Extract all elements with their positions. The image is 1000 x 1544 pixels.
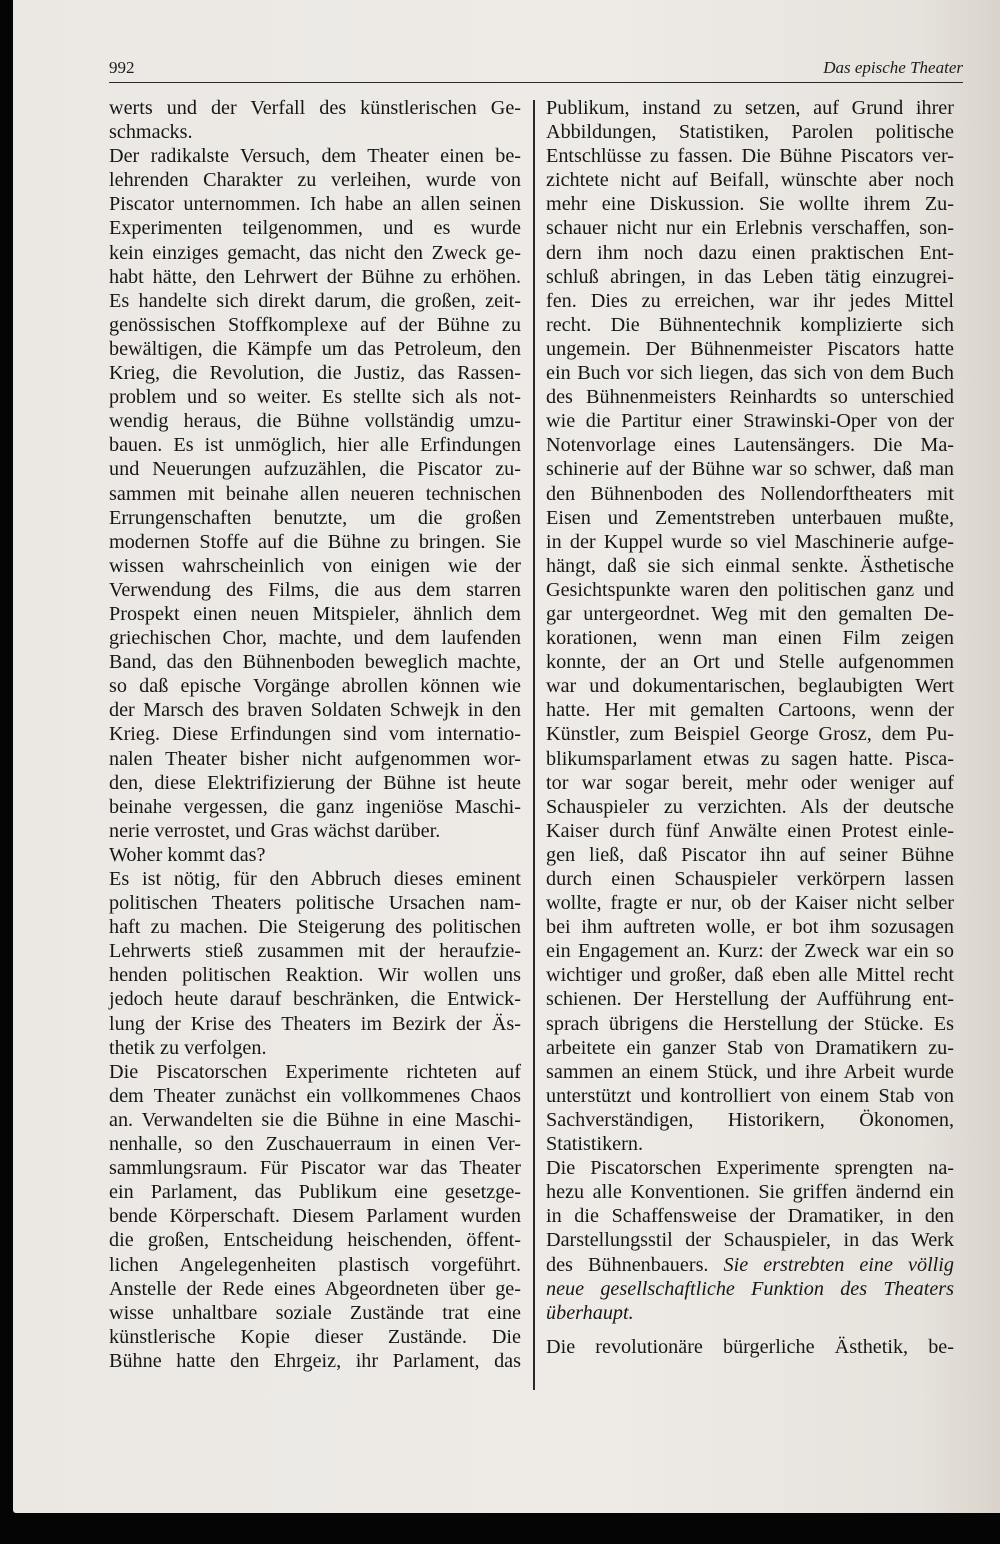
text-line: an. Verwandelten sie die Bühne in eine M… bbox=[109, 1108, 521, 1132]
page-header: 992 Das epische Theater bbox=[109, 58, 963, 83]
text-line: schmacks. bbox=[109, 120, 521, 144]
text-line: gar untergeordnet. Weg mit den gemalten … bbox=[546, 602, 954, 626]
text-line: tor war sogar bereit, mehr oder weniger … bbox=[546, 771, 954, 795]
text-line: hatte. Her mit gemalten Cartoons, wenn d… bbox=[546, 698, 954, 722]
text-line: ein Buch vor sich liegen, das sich von d… bbox=[546, 361, 954, 385]
text-line: ein Engagement an. Kurz: der Zweck war e… bbox=[546, 939, 954, 963]
column-divider bbox=[533, 100, 535, 1390]
text-line: so daß epische Vorgänge abrollen können … bbox=[109, 674, 521, 698]
text-line: blikumsparlament etwas zu sagen hatte. P… bbox=[546, 747, 954, 771]
text-line: thetik zu verfolgen. bbox=[109, 1036, 521, 1060]
book-page: 992 Das epische Theater werts und der Ve… bbox=[13, 0, 1000, 1513]
text-line: bauen. Es ist unmöglich, hier alle Erfin… bbox=[109, 433, 521, 457]
left-column: werts und der Verfall des künstlerischen… bbox=[109, 96, 521, 1373]
text-line: arbeitete ein ganzer Stab von Dramatiker… bbox=[546, 1036, 954, 1060]
text-line: Kaiser durch fünf Anwälte einen Protest … bbox=[546, 819, 954, 843]
text-line: Woher kommt das? bbox=[109, 843, 521, 867]
text-line: kein einziges gemacht, das nicht den Zwe… bbox=[109, 241, 521, 265]
text-line: Lehrwerts stieß zusammen mit der heraufz… bbox=[109, 939, 521, 963]
running-head: Das epische Theater bbox=[823, 58, 963, 78]
text-line: jedoch heute darauf beschränken, die Ent… bbox=[109, 987, 521, 1011]
paragraph-gap bbox=[546, 1325, 954, 1335]
text-line: korationen, wenn man einen Film zeigen bbox=[546, 626, 954, 650]
text-line: Eisen und Zementstreben unterbauen mußte… bbox=[546, 506, 954, 530]
text-line: überhaupt. bbox=[546, 1301, 954, 1325]
text-line: Künstler, zum Beispiel George Grosz, dem… bbox=[546, 722, 954, 746]
text-line: lung der Krise des Theaters im Bezirk de… bbox=[109, 1012, 521, 1036]
text-line: Notenvorlage eines Lautensängers. Die Ma… bbox=[546, 433, 954, 457]
text-line: Krieg. Diese Erfindungen sind vom intern… bbox=[109, 722, 521, 746]
text-line: sprach übrigens die Herstellung der Stüc… bbox=[546, 1012, 954, 1036]
text-line: bende Körperschaft. Diesem Parlament wur… bbox=[109, 1204, 521, 1228]
text-line: ungemein. Der Bühnenmeister Piscators ha… bbox=[546, 337, 954, 361]
text-line: Bühne hatte den Ehrgeiz, ihr Parlament, … bbox=[109, 1349, 521, 1373]
text-line: Errungenschaften benutzte, um die großen bbox=[109, 506, 521, 530]
text-line: Krieg, die Revolution, die Justiz, das R… bbox=[109, 361, 521, 385]
text-line: mehr eine Diskussion. Sie wollte ihrem Z… bbox=[546, 192, 954, 216]
page-number: 992 bbox=[109, 58, 135, 78]
text-line: Experimenten teilgenommen, und es wurde bbox=[109, 216, 521, 240]
text-line: des Bühnenbauers. Sie erstrebten eine vö… bbox=[546, 1253, 954, 1277]
text-line: Es ist nötig, für den Abbruch dieses emi… bbox=[109, 867, 521, 891]
text-line: recht. Die Bühnentechnik komplizierte si… bbox=[546, 313, 954, 337]
text-italic: Sie erstrebten eine völlig bbox=[724, 1254, 954, 1276]
text-line: Es handelte sich direkt darum, die große… bbox=[109, 289, 521, 313]
text-line: die großen, Entscheidung heischenden, öf… bbox=[109, 1228, 521, 1252]
text-line: neue gesellschaftliche Funktion des Thea… bbox=[546, 1277, 954, 1301]
text-line: henden politischen Reaktion. Wir wollen … bbox=[109, 963, 521, 987]
text-line: Abbildungen, Statistiken, Parolen politi… bbox=[546, 120, 954, 144]
text-line: des Bühnenmeisters Reinhardts so untersc… bbox=[546, 385, 954, 409]
text-line: sammen an einem Stück, und ihre Arbeit w… bbox=[546, 1060, 954, 1084]
text-line: habt hätte, den Lehrwert der Bühne zu er… bbox=[109, 265, 521, 289]
text-line: dern ihm noch dazu einen praktischen Ent… bbox=[546, 241, 954, 265]
text-line: schienen. Der Herstellung der Aufführung… bbox=[546, 987, 954, 1011]
text-line: gen ließ, daß Piscator ihn auf seiner Bü… bbox=[546, 843, 954, 867]
text-line: ein Parlament, das Publikum eine gesetzg… bbox=[109, 1180, 521, 1204]
text-line: nalen Theater bisher nicht aufgenommen w… bbox=[109, 747, 521, 771]
text-line: den, diese Elektrifizierung der Bühne is… bbox=[109, 771, 521, 795]
text-line: genössischen Stoffkomplexe auf der Bühne… bbox=[109, 313, 521, 337]
text-line: Sachverständigen, Historikern, Ökonomen, bbox=[546, 1108, 954, 1132]
text-line: schluß abringen, in das Leben tätig einz… bbox=[546, 265, 954, 289]
text-line: lichen Angelegenheiten plastisch vorgefü… bbox=[109, 1253, 521, 1277]
text-line: haft zu machen. Die Steigerung des polit… bbox=[109, 915, 521, 939]
text-line: konnte, der an Ort und Stelle aufgenomme… bbox=[546, 650, 954, 674]
text-line: Darstellungsstil der Schauspieler, in da… bbox=[546, 1228, 954, 1252]
text-line: Schauspieler zu verzichten. Als der deut… bbox=[546, 795, 954, 819]
text-line: bewältigen, die Kämpfe um das Petroleum,… bbox=[109, 337, 521, 361]
text-line: Anstelle der Rede eines Abgeordneten übe… bbox=[109, 1277, 521, 1301]
text-line: künstlerische Kopie dieser Zustände. Die bbox=[109, 1325, 521, 1349]
text-line: Die revolutionäre bürgerliche Ästhetik, … bbox=[546, 1335, 954, 1359]
text-line: durch einen Schauspieler verkörpern lass… bbox=[546, 867, 954, 891]
text-line: war und dokumentarischen, beglaubigten W… bbox=[546, 674, 954, 698]
right-column: Publikum, instand zu setzen, auf Grund i… bbox=[546, 96, 954, 1359]
text-line: werts und der Verfall des künstlerischen… bbox=[109, 96, 521, 120]
text-line: der Marsch des braven Soldaten Schwejk i… bbox=[109, 698, 521, 722]
text-line: nenhalle, so den Zuschauerraum in einen … bbox=[109, 1132, 521, 1156]
text-line: Die Piscatorschen Experimente richteten … bbox=[109, 1060, 521, 1084]
text-line: wissen wahrscheinlich von einigen wie de… bbox=[109, 554, 521, 578]
text-line: sammlungsraum. Für Piscator war das Thea… bbox=[109, 1156, 521, 1180]
text-line: wie die Partitur einer Strawinski-Oper v… bbox=[546, 409, 954, 433]
text-line: und Neuerungen aufzuzählen, die Piscator… bbox=[109, 457, 521, 481]
text-line: fen. Dies zu erreichen, war ihr jedes Mi… bbox=[546, 289, 954, 313]
text-line: schauer nicht nur ein Erlebnis verschaff… bbox=[546, 216, 954, 240]
text-line: modernen Stoffe auf die Bühne zu bringen… bbox=[109, 530, 521, 554]
text-line: in die Schaffensweise der Dramatiker, in… bbox=[546, 1204, 954, 1228]
text-line: dem Theater zunächst ein vollkommenes Ch… bbox=[109, 1084, 521, 1108]
text-line: wollte, fragte er nur, ob der Kaiser nic… bbox=[546, 891, 954, 915]
text-line: hezu alle Konventionen. Sie griffen ände… bbox=[546, 1180, 954, 1204]
text-line: beinahe vergessen, die ganz ingeniöse Ma… bbox=[109, 795, 521, 819]
text-line: sammen mit beinahe allen neueren technis… bbox=[109, 482, 521, 506]
text-line: wisse unhaltbare soziale Zustände trat e… bbox=[109, 1301, 521, 1325]
text-line: Der radikalste Versuch, dem Theater eine… bbox=[109, 144, 521, 168]
text-line: bei ihm auftreten wolle, er bot ihm sozu… bbox=[546, 915, 954, 939]
text-line: politischen Theaters politische Ursachen… bbox=[109, 891, 521, 915]
text-line: unterstützt und kontrolliert von einem S… bbox=[546, 1084, 954, 1108]
text-line: wendig heraus, die Bühne vollständig umz… bbox=[109, 409, 521, 433]
text-line: zichtete nicht auf Beifall, wünschte abe… bbox=[546, 168, 954, 192]
text-line: nerie verrostet, und Gras wächst darüber… bbox=[109, 819, 521, 843]
text-line: Prospekt einen neuen Mitspieler, ähnlich… bbox=[109, 602, 521, 626]
text-line: hängt, daß sie sich einmal senkte. Ästhe… bbox=[546, 554, 954, 578]
text-line: problem und so weiter. Es stellte sich a… bbox=[109, 385, 521, 409]
text-line: in der Kuppel wurde so viel Maschinerie … bbox=[546, 530, 954, 554]
text-line: griechischen Chor, machte, und dem laufe… bbox=[109, 626, 521, 650]
text-line: schinerie auf der Bühne war so schwer, d… bbox=[546, 457, 954, 481]
text-line: lehrenden Charakter zu verleihen, wurde … bbox=[109, 168, 521, 192]
text-line: Statistikern. bbox=[546, 1132, 954, 1156]
text-line: den Bühnenboden des Nollendorftheaters m… bbox=[546, 482, 954, 506]
text-line: Piscator unternommen. Ich habe an allen … bbox=[109, 192, 521, 216]
text-line: Die Piscatorschen Experimente sprengten … bbox=[546, 1156, 954, 1180]
text-roman: des Bühnenbauers. bbox=[546, 1254, 724, 1276]
text-line: Band, das den Bühnenboden beweglich mach… bbox=[109, 650, 521, 674]
text-line: wichtiger und großer, daß eben alle Mitt… bbox=[546, 963, 954, 987]
text-line: Verwendung des Films, die aus dem starre… bbox=[109, 578, 521, 602]
text-line: Publikum, instand zu setzen, auf Grund i… bbox=[546, 96, 954, 120]
text-line: Gesichtspunkte waren den politischen gan… bbox=[546, 578, 954, 602]
text-line: Entschlüsse zu fassen. Die Bühne Piscato… bbox=[546, 144, 954, 168]
